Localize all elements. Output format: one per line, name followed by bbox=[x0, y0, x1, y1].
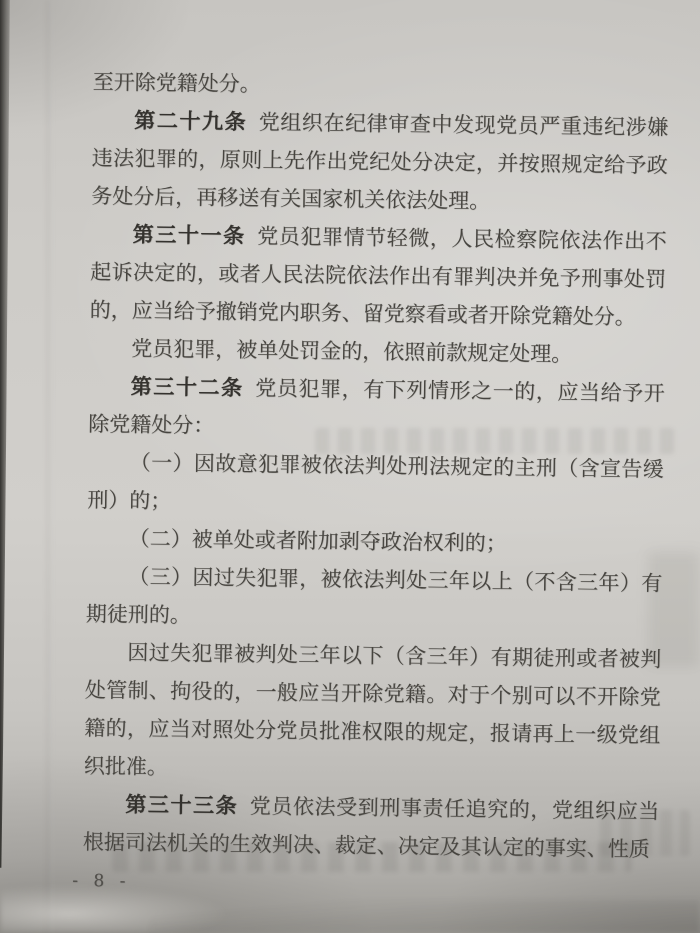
page-edge-shadow bbox=[0, 0, 14, 933]
article-paragraph: 第三十一条党员犯罪情节轻微，人民检察院依法作出不起诉决定的，或者人民法院依法作出… bbox=[90, 215, 667, 337]
body-paragraph: 因过失犯罪被判处三年以下（含三年）有期徒刑或者被判处管制、拘役的，一般应当开除党… bbox=[84, 633, 662, 793]
paper-bottom-shadow bbox=[150, 900, 700, 933]
body-paragraph: （一）因故意犯罪被依法判处刑法规定的主刑（含宣告缓刑）的； bbox=[87, 443, 664, 527]
article-number: 第三十二条 bbox=[131, 375, 244, 400]
article-paragraph: 第二十九条党组织在纪律审查中发现党员严重违纪涉嫌违法犯罪的，原则上先作出党纪处分… bbox=[91, 101, 668, 223]
article-paragraph: 第三十三条党员依法受到刑事责任追究的，党组织应当根据司法机关的生效判决、裁定、决… bbox=[83, 785, 660, 869]
article-number: 第三十一条 bbox=[133, 223, 246, 248]
article-number: 第二十九条 bbox=[134, 109, 247, 134]
article-paragraph: 第三十二条党员犯罪，有下列情形之一的，应当给予开除党籍处分： bbox=[88, 367, 665, 451]
document-text: 至开除党籍处分。第二十九条党组织在纪律审查中发现党员严重违纪涉嫌违法犯罪的，原则… bbox=[82, 63, 669, 902]
body-paragraph: （三）因过失犯罪，被依法判处三年以上（不含三年）有期徒刑的。 bbox=[86, 557, 663, 641]
document-photo: 至开除党籍处分。第二十九条党组织在纪律审查中发现党员严重违纪涉嫌违法犯罪的，原则… bbox=[0, 0, 700, 933]
paper-crease bbox=[46, 0, 54, 933]
article-number: 第三十三条 bbox=[125, 792, 238, 817]
